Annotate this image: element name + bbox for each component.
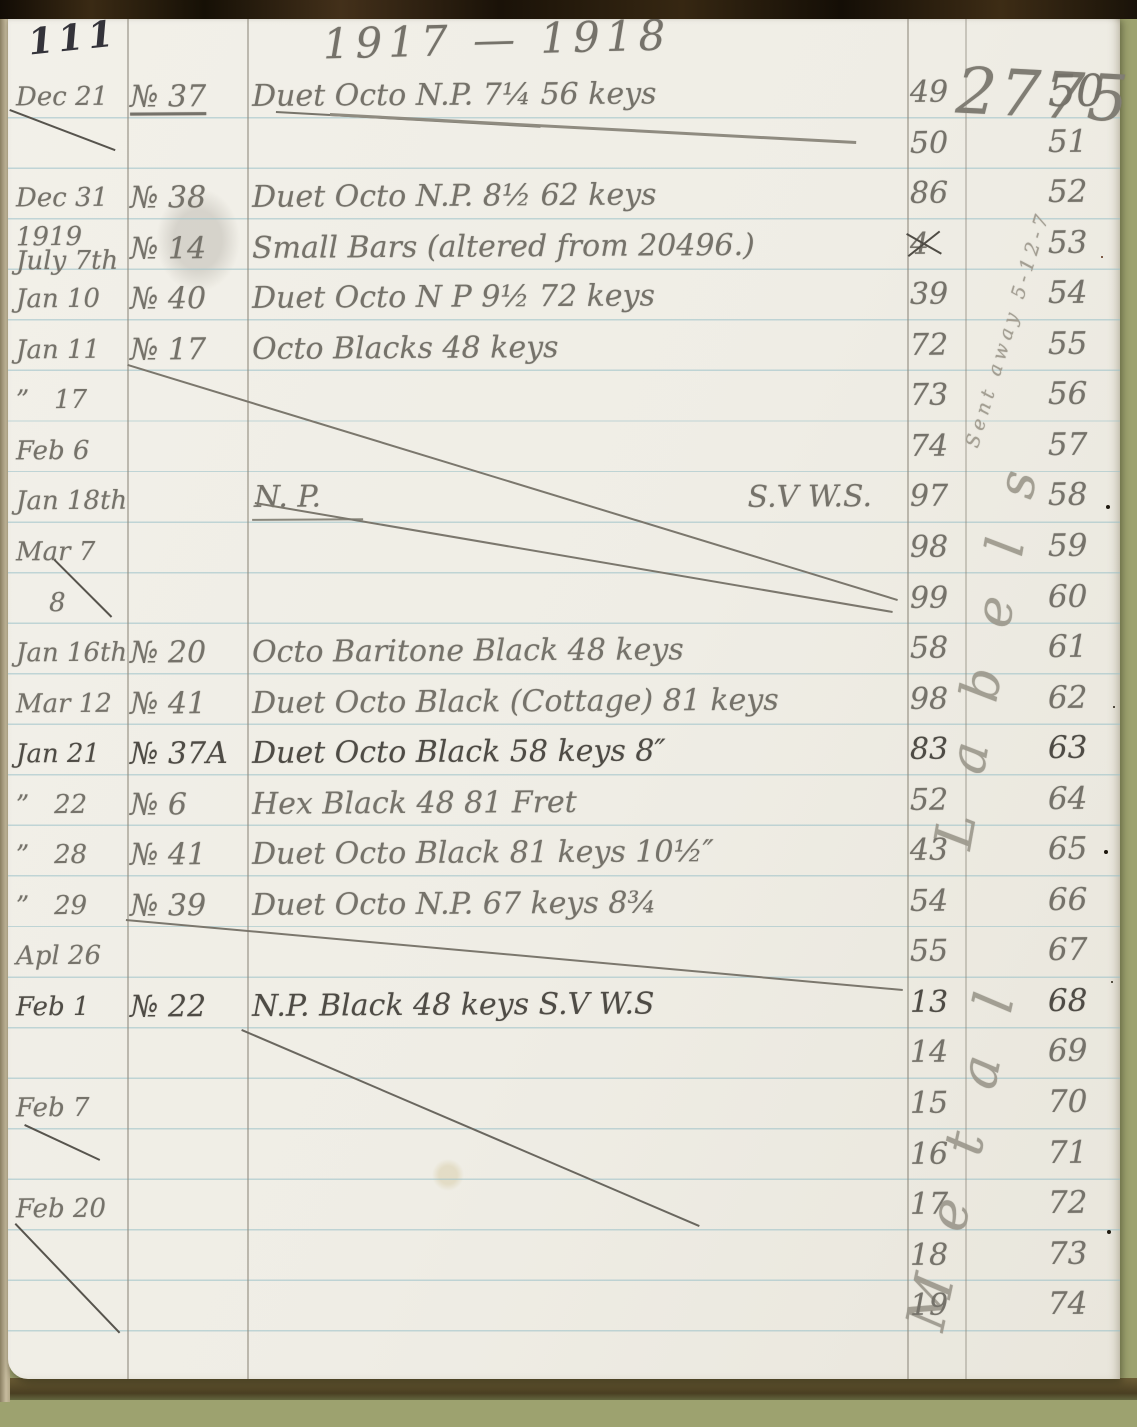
entry-quantity: 97: [910, 471, 964, 521]
entry-description-text: Duet Octo Black (Cottage) 81 keys: [252, 682, 779, 720]
entry-quantity: 98: [910, 673, 964, 723]
entry-sequence-number: 63: [1048, 723, 1120, 773]
entry-quantity: 17: [910, 1179, 964, 1229]
ledger-row: Feb 1 № 22 N.P. Black 48 keys S.V W.S 13…: [8, 975, 1120, 1032]
ledger-row: Apl 26 55 67: [8, 925, 1120, 982]
entry-quantity: 13: [910, 976, 964, 1026]
entry-quantity: 49: [910, 67, 964, 117]
entry-description-text: Duet Octo N P 9½ 72 keys: [252, 278, 655, 315]
entry-date: Feb 20: [16, 1184, 126, 1235]
entry-number: [130, 576, 246, 627]
entry-quantity: 39: [910, 269, 964, 319]
entry-sequence-number: 59: [1048, 521, 1120, 571]
entry-sequence-number: 71: [1048, 1127, 1120, 1177]
entry-quantity: 74: [910, 420, 964, 470]
ledger-row: 14 69: [8, 1026, 1120, 1083]
entry-date: Feb 7: [16, 1083, 126, 1134]
entry-sequence-number: 58: [1048, 470, 1120, 520]
entry-sequence-number: 70: [1048, 1077, 1120, 1127]
entry-sequence-number: 52: [1048, 167, 1120, 217]
entry-quantity: 15: [910, 1078, 964, 1128]
entry-sequence-number: 50: [1048, 66, 1120, 116]
entry-quantity: 14: [910, 1027, 964, 1077]
entry-sequence-number: 61: [1048, 622, 1120, 672]
ledger-row: Mar 12 № 41 Duet Octo Black (Cottage) 81…: [8, 672, 1120, 729]
entry-description-text: Duet Octo N.P. 67 keys 8¾: [252, 885, 657, 922]
entry-number: [130, 1132, 246, 1183]
entry-number: № 40: [130, 273, 246, 324]
entry-number: № 41: [130, 829, 246, 880]
entry-number: [130, 1284, 246, 1335]
ledger-row: 16 71: [8, 1127, 1120, 1184]
entry-description: Duet Octo N.P. 67 keys 8¾: [252, 876, 900, 930]
entry-description: Hex Black 48 81 Fret: [252, 775, 900, 829]
entry-quantity: 83: [910, 724, 964, 774]
entry-quantity: 99: [910, 572, 964, 622]
scanned-ledger-photo: 111 1917 — 1918 2775 Sent away 5-12-7 La…: [0, 0, 1137, 1427]
entry-sequence-number: 55: [1048, 318, 1120, 368]
ledger-row: ” 28 № 41 Duet Octo Black 81 keys 10½″ 4…: [8, 824, 1120, 881]
entry-description: [252, 1027, 900, 1081]
entry-date: Jan 11: [16, 324, 126, 375]
entry-number: № 37A: [130, 728, 246, 779]
entry-sequence-number: 66: [1048, 874, 1120, 924]
entry-quantity: 55: [910, 926, 964, 976]
entry-number: [130, 1183, 246, 1234]
entry-date: Apl 26: [16, 931, 126, 982]
entry-description: [252, 421, 900, 475]
entry-number: [130, 930, 246, 981]
entry-number: [130, 1082, 246, 1133]
entry-number: [130, 425, 246, 476]
entry-description: Duet Octo N P 9½ 72 keys: [252, 269, 900, 323]
entry-number: № 41: [130, 678, 246, 729]
ledger-row: Jan 11 № 17 Octo Blacks 48 keys 72 55: [8, 318, 1120, 375]
entry-description-text: Duet Octo N.P. 7¼ 56 keys: [252, 76, 657, 113]
entry-quantity: 43: [910, 825, 964, 875]
entry-date: Jan 18th: [16, 476, 126, 527]
entry-date: 1919 July 7th: [16, 223, 126, 274]
entry-description-text: Duet Octo N.P. 8½ 62 keys: [252, 177, 657, 214]
entry-date: Dec 31: [16, 173, 126, 224]
entry-sequence-number: 74: [1048, 1279, 1120, 1329]
entry-number: [130, 1031, 246, 1082]
entry-description: N.P. Black 48 keys S.V W.S: [252, 977, 900, 1031]
entry-date: ” 22: [16, 779, 126, 830]
entry-sequence-number: 69: [1048, 1026, 1120, 1076]
entry-quantity: 73: [910, 370, 964, 420]
entry-description: [252, 370, 900, 424]
entry-sequence-number: 60: [1048, 571, 1120, 621]
entry-description-text: Small Bars (altered from 20496.): [252, 227, 755, 265]
entry-sequence-number: 72: [1048, 1178, 1120, 1228]
ledger-row: Dec 21 № 37 Duet Octo N.P. 7¼ 56 keys 49…: [8, 66, 1120, 123]
entry-description-text: Duet Octo Black 58 keys 8″: [252, 733, 666, 771]
entry-sequence-number: 51: [1048, 116, 1120, 166]
entry-quantity: 19: [910, 1280, 964, 1330]
entry-description-text: N. P.: [252, 479, 363, 521]
entry-number: [130, 121, 246, 172]
entry-number: [130, 526, 246, 577]
entry-description: Small Bars (altered from 20496.): [252, 219, 900, 273]
entry-number: № 37: [130, 71, 246, 122]
ledger-row: Jan 10 № 40 Duet Octo N P 9½ 72 keys 39 …: [8, 268, 1120, 325]
ledger-row: Feb 7 15 70: [8, 1077, 1120, 1134]
entry-description: [252, 1280, 900, 1334]
entry-description-right-text: S.V W.S.: [748, 479, 873, 515]
ledger-row: ” 22 № 6 Hex Black 48 81 Fret 52 64: [8, 773, 1120, 830]
entry-quantity: 72: [910, 319, 964, 369]
entry-date: Jan 10: [16, 274, 126, 325]
entry-number: [130, 1234, 246, 1285]
ledger-row: 19 74: [8, 1279, 1120, 1336]
entry-number: № 14: [130, 223, 246, 274]
ledger-row: Mar 7 98 59: [8, 521, 1120, 578]
ledger-row: Jan 16th № 20 Octo Baritone Black 48 key…: [8, 622, 1120, 679]
ledger-row: 1919 July 7th № 14 Small Bars (altered f…: [8, 217, 1120, 274]
ledger-row: Feb 20 17 72: [8, 1178, 1120, 1235]
entry-date: [16, 1133, 126, 1184]
entry-sequence-number: 68: [1048, 975, 1120, 1025]
ledger-row: Dec 31 № 38 Duet Octo N.P. 8½ 62 keys 86…: [8, 167, 1120, 224]
entry-quantity: 4: [910, 218, 964, 268]
entry-date: Mar 7: [16, 527, 126, 578]
entry-description-text: Hex Black 48 81 Fret: [252, 784, 577, 821]
entry-description: [252, 926, 900, 980]
entry-date: Feb 1: [16, 982, 126, 1033]
entry-quantity: 58: [910, 623, 964, 673]
page-number: 111: [26, 12, 120, 63]
entry-date: [16, 1032, 126, 1083]
entry-date: Jan 16th: [16, 628, 126, 679]
entry-number: № 38: [130, 172, 246, 223]
year-title: 1917 — 1918: [322, 10, 672, 68]
entry-description: Duet Octo N.P. 7¼ 56 keys: [252, 67, 900, 121]
entry-sequence-number: 62: [1048, 672, 1120, 722]
entry-description: [252, 1179, 900, 1233]
entry-sequence-number: 56: [1048, 369, 1120, 419]
entry-description: Duet Octo Black 81 keys 10½″: [252, 825, 900, 879]
entry-sequence-number: 53: [1048, 217, 1120, 267]
entry-sequence-number: 64: [1048, 773, 1120, 823]
book-bottom-edge: [0, 1378, 1137, 1400]
entry-sequence-number: 67: [1048, 925, 1120, 975]
entry-date: Feb 6: [16, 426, 126, 477]
entry-description: [252, 1230, 900, 1284]
entry-quantity: 50: [910, 117, 964, 167]
entry-description: Duet Octo Black 58 keys 8″: [252, 724, 900, 778]
entry-date: ” 29: [16, 880, 126, 931]
entry-date: ” 28: [16, 830, 126, 881]
entry-description: [252, 522, 900, 576]
entry-date: Jan 21: [16, 729, 126, 780]
entry-description-text: N.P. Black 48 keys S.V W.S: [252, 986, 655, 1023]
entry-date: Dec 21: [16, 72, 126, 123]
entry-number: № 6: [130, 779, 246, 830]
entry-sequence-number: 57: [1048, 419, 1120, 469]
entry-number: № 22: [130, 981, 246, 1032]
entry-date: 8: [16, 577, 126, 628]
entry-description: Octo Baritone Black 48 keys: [252, 623, 900, 677]
ledger-row: Jan 21 № 37A Duet Octo Black 58 keys 8″ …: [8, 723, 1120, 780]
entry-sequence-number: 73: [1048, 1228, 1120, 1278]
entry-description-text: Octo Baritone Black 48 keys: [252, 632, 684, 670]
entry-quantity: 54: [910, 875, 964, 925]
entry-description: [252, 1078, 900, 1132]
entry-number: № 39: [130, 880, 246, 931]
entry-description: Duet Octo N.P. 8½ 62 keys: [252, 168, 900, 222]
ledger-page: 111 1917 — 1918 2775 Sent away 5-12-7 La…: [8, 15, 1120, 1379]
entry-description: Octo Blacks 48 keys: [252, 320, 900, 374]
entry-date: ” 17: [16, 375, 126, 426]
entry-description: Duet Octo Black (Cottage) 81 keys: [252, 674, 900, 728]
ledger-row: 18 73: [8, 1228, 1120, 1285]
entry-date: [16, 1285, 126, 1336]
entry-number: [130, 475, 246, 526]
entry-sequence-number: 65: [1048, 824, 1120, 874]
entry-description: [252, 572, 900, 626]
entry-description-text: Duet Octo Black 81 keys 10½″: [252, 834, 714, 872]
entry-number: № 20: [130, 627, 246, 678]
ledger-row: 8 99 60: [8, 571, 1120, 628]
entry-number: № 17: [130, 324, 246, 375]
entry-quantity: 16: [910, 1128, 964, 1178]
entry-quantity: 18: [910, 1229, 964, 1279]
entry-date: Mar 12: [16, 678, 126, 729]
book-binding-top: [0, 0, 1137, 19]
entry-description-text: Octo Blacks 48 keys: [252, 329, 559, 366]
entry-sequence-number: 54: [1048, 268, 1120, 318]
entry-quantity: 98: [910, 521, 964, 571]
entry-quantity: 52: [910, 774, 964, 824]
entry-quantity: 86: [910, 168, 964, 218]
ledger-row: Feb 6 74 57: [8, 419, 1120, 476]
